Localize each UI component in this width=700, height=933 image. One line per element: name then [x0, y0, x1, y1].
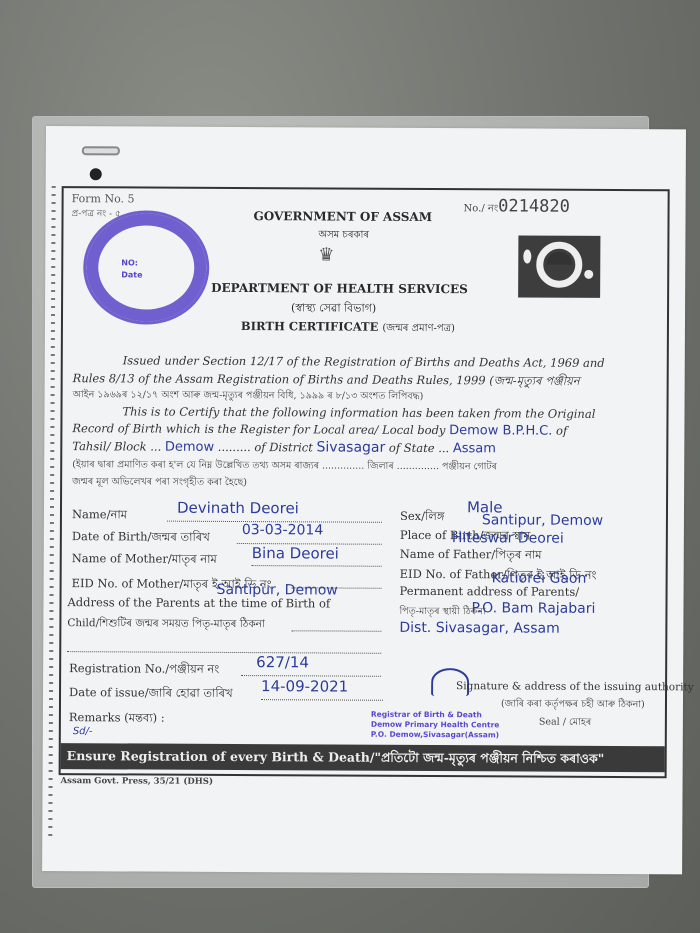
dob-value: 03-03-2014: [242, 522, 323, 538]
permanent-address-line-2: P.O. Bam Rajabari: [471, 600, 595, 617]
child-name-label: Name/নাম: [72, 506, 127, 525]
birth-certificate: Form No. 5 প্ৰ-পত্ৰ নং - ৫ NO: Date No./…: [42, 126, 686, 874]
birth-address-label-2: Child/শিশুটিৰ জন্মৰ সময়ত পিতৃ-মাতৃৰ ঠিক…: [67, 616, 265, 634]
district-label: of District: [254, 440, 313, 454]
dob-label: Date of Birth/জন্মৰ তাৰিখ: [72, 528, 210, 548]
dotted-line: [252, 565, 382, 567]
permanent-address-label: Permanent address of Parents/: [400, 584, 580, 599]
permanent-address-line-3: Dist. Sivasagar, Assam: [399, 620, 559, 637]
government-title-bn: অসম চৰকাৰ: [318, 227, 369, 244]
title-en: BIRTH CERTIFICATE: [241, 319, 378, 334]
department-title-bn: (স্বাস্থ্য সেৱা বিভাগ): [291, 299, 376, 318]
punch-hole-icon: [90, 168, 102, 180]
seal-label: Seal / মোহৰ: [539, 716, 591, 731]
form-number: Form No. 5: [72, 192, 135, 205]
registrar-stamp-icon: [83, 210, 210, 325]
of-label: of: [556, 424, 567, 438]
dotted-line: [261, 699, 383, 701]
cert-no-value: 0214820: [498, 196, 570, 216]
tahsil-value: Demow: [165, 440, 214, 455]
title-bn: (জন্মৰ প্ৰমাণ-পত্ৰ): [382, 323, 455, 334]
child-name-value: Devinath Deorei: [177, 499, 299, 518]
sex-label: Sex/লিঙ্গ: [400, 508, 445, 527]
preamble-line-1: Issued under Section 12/17 of the Regist…: [123, 353, 605, 370]
preamble-line-5: Record of Birth which is the Register fo…: [72, 421, 567, 439]
mother-name-value: Bina Deorei: [252, 544, 339, 562]
district-value: Sivasagar: [316, 439, 385, 455]
father-name-label: Name of Father/পিতৃৰ নাম: [400, 546, 542, 566]
government-title: GOVERNMENT OF ASSAM: [253, 209, 432, 224]
state-emblem-icon: ♛: [318, 244, 334, 265]
department-title: DEPARTMENT OF HEALTH SERVICES: [211, 281, 468, 296]
seal-line-3: P.O. Demow,Sivasagar(Assam): [371, 730, 500, 741]
birth-address-label: Address of the Parents at the time of Bi…: [67, 595, 330, 610]
remarks-value: Sd/-: [73, 726, 93, 737]
certificate-frame: Form No. 5 প্ৰ-পত্ৰ নং - ৫ NO: Date No./…: [59, 186, 670, 778]
health-services-logo-icon: [518, 235, 600, 297]
state-value: Assam: [453, 441, 496, 456]
registration-no-value: 627/14: [256, 653, 309, 671]
press-imprint: Assam Govt. Press, 35/21 (DHS): [61, 776, 213, 787]
perforation-edge: [48, 186, 55, 836]
dotted-line: [67, 651, 381, 654]
issue-date-value: 14-09-2021: [261, 677, 348, 695]
mother-name-label: Name of Mother/মাতৃৰ নাম: [72, 550, 217, 570]
preamble-line-7: (ইয়াৰ দ্বাৰা প্ৰমাণিত কৰা হ'ল যে নিম্ন …: [72, 458, 497, 475]
seal-line-2: Demow Primary Health Centre: [371, 720, 500, 731]
state-label: of State: [389, 441, 435, 455]
father-name-value: Hiteswar Deorei: [452, 530, 564, 547]
preamble-line-3: আইন ১৯৬৯ৰ ১২/১৭ অংশ আৰু জন্ম-মৃত্যুৰ পঞ্…: [73, 388, 424, 405]
local-body-label: Record of Birth which is the Register fo…: [72, 421, 445, 437]
preamble-line-4: This is to Certify that the following in…: [122, 404, 595, 420]
certificate-title: BIRTH CERTIFICATE (জন্মৰ প্ৰমাণ-পত্ৰ): [241, 319, 455, 338]
cert-no-label: No./ নং: [464, 203, 499, 214]
seal-line-1: Registrar of Birth & Death: [371, 710, 500, 721]
stamp-date-label: Date: [121, 270, 142, 279]
registration-no-label: Registration No./পঞ্জীয়ন নং: [69, 660, 219, 680]
staple-icon: [82, 146, 120, 155]
issuing-authority-seal: Registrar of Birth & Death Demow Primary…: [371, 710, 500, 741]
signature-label: Signature & address of the issuing autho…: [456, 680, 694, 693]
preamble-line-8: জন্মৰ মূল অভিলেখৰ পৰা সংগৃহীত কৰা হৈছে): [72, 475, 247, 491]
signature-label-bn: (জাৰি কৰা কৰ্তৃপক্ষৰ চহী আৰু ঠিকনা): [501, 697, 645, 713]
preamble-line-6: Tahsil/ Block ... Demow ......... of Dis…: [72, 438, 496, 456]
registration-banner: Ensure Registration of every Birth & Dea…: [61, 743, 665, 772]
dotted-line: [291, 630, 381, 631]
tahsil-label: Tahsil/ Block: [72, 439, 146, 453]
certificate-number: No./ নং0214820: [464, 196, 570, 219]
stamp-no-label: NO:: [121, 258, 138, 267]
issue-date-label: Date of issue/জাৰি হোৱা তাৰিখ: [69, 684, 233, 704]
local-body-value: Demow B.P.H.C.: [449, 423, 552, 439]
